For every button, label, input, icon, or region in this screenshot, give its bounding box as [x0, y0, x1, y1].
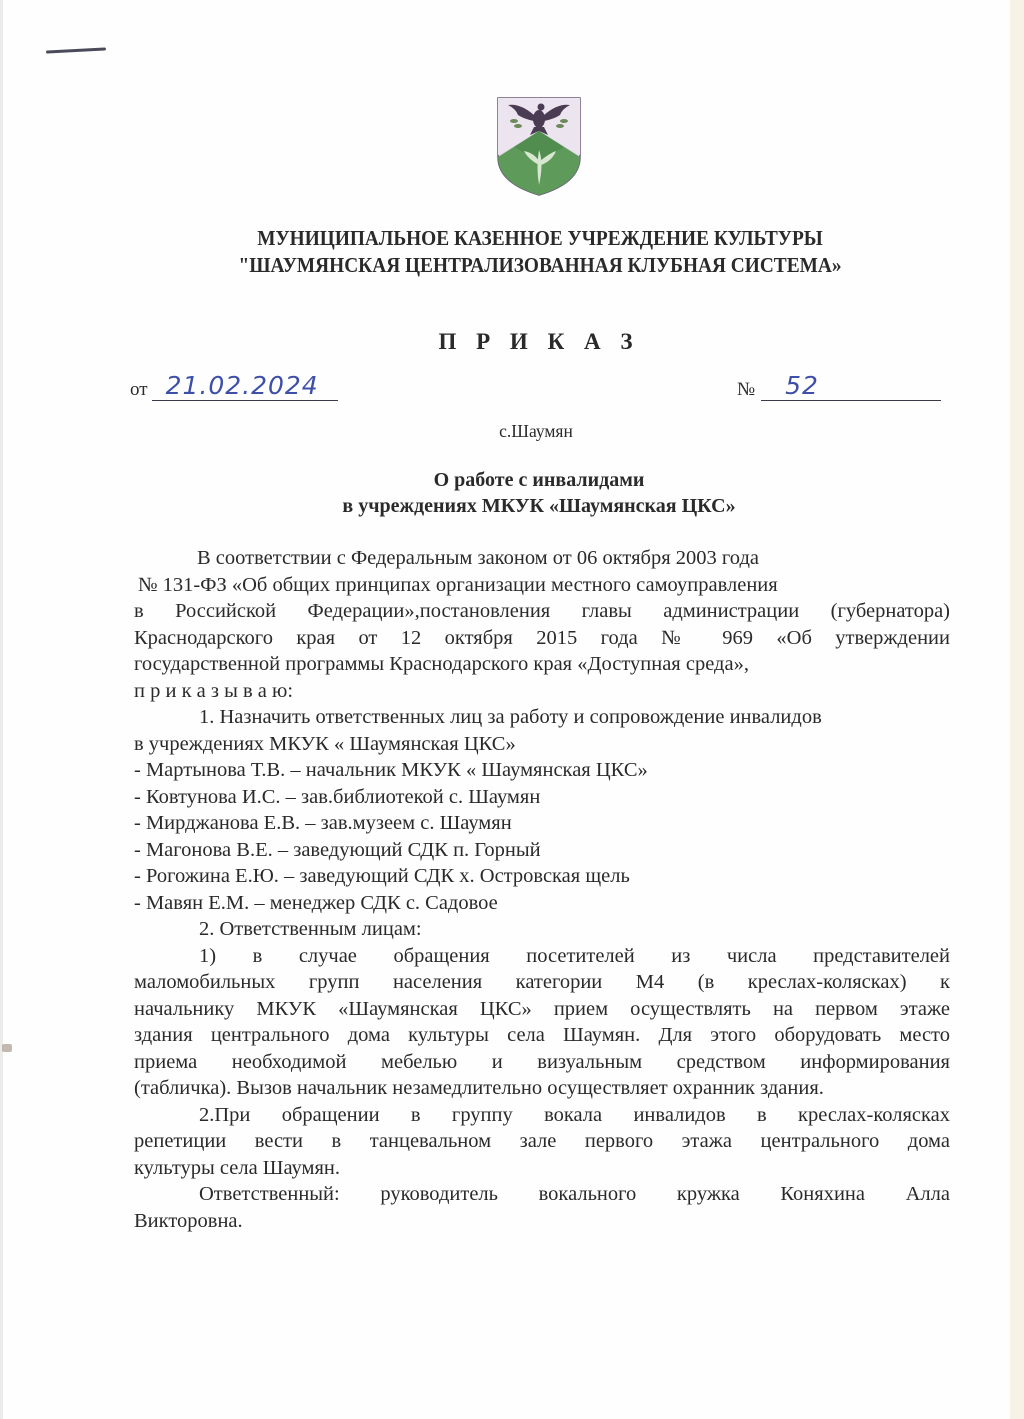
number-underline: 52	[761, 378, 941, 401]
order-number-field: № 52	[737, 378, 941, 401]
organization-name-line2: "ШАУМЯНСКАЯ ЦЕНТРАЛИЗОВАННАЯ КЛУБНАЯ СИС…	[79, 253, 1001, 278]
item1-subheading: в учреждениях МКУК « Шаумянская ЦКС»	[134, 731, 950, 758]
scan-left-edge	[0, 0, 3, 1419]
margin-smudge	[2, 1044, 12, 1052]
item2-2-line: репетиции вести в танцевальном зале перв…	[134, 1128, 950, 1155]
preamble-line: В соответствии с Федеральным законом от …	[134, 545, 950, 572]
document-body: В соответствии с Федеральным законом от …	[134, 545, 950, 1234]
responsible-person: - Рогожина Е.Ю. – заведующий СДК х. Остр…	[134, 863, 950, 890]
item2-2-line: культуры села Шаумян.	[134, 1155, 950, 1182]
place-of-issue: с.Шаумян	[0, 421, 1024, 442]
handwritten-date: 21.02.2024	[166, 371, 319, 400]
organization-name-line1: МУНИЦИПАЛЬНОЕ КАЗЕННОЕ УЧРЕЖДЕНИЕ КУЛЬТУ…	[79, 226, 1001, 251]
handwritten-number: 52	[785, 371, 819, 400]
responsible-person: - Ковтунова И.С. – зав.библиотекой с. Ша…	[134, 784, 950, 811]
subject-line1: О работе с инвалидами	[0, 469, 1024, 492]
item2-1-line: 1) в случае обращения посетителей из чис…	[134, 943, 950, 970]
preamble-line: государственной программы Краснодарского…	[134, 651, 950, 678]
date-prefix: от	[130, 379, 148, 401]
item2-2-line: 2.При обращении в группу вокала инвалидо…	[134, 1102, 950, 1129]
responsible-person: - Магонова В.Е. – заведующий СДК п. Горн…	[134, 837, 950, 864]
responsible-person: - Мирджанова Е.В. – зав.музеем с. Шаумян	[134, 810, 950, 837]
document-title: П Р И К А З	[0, 329, 1024, 355]
responsible-final-line: Викторовна.	[134, 1208, 950, 1235]
pen-mark	[46, 47, 106, 53]
order-word: п р и к а з ы в а ю:	[134, 678, 950, 705]
item2-1-line: маломобильных групп населения категории …	[134, 969, 950, 996]
date-underline: 21.02.2024	[152, 378, 338, 401]
item1-heading: 1. Назначить ответственных лиц за работу…	[134, 704, 950, 731]
coat-of-arms-icon	[494, 95, 584, 197]
preamble-line: в Российской Федерации»,постановления гл…	[134, 598, 950, 625]
order-date-field: от 21.02.2024	[130, 378, 338, 401]
responsible-final-line: Ответственный: руководитель вокального к…	[134, 1181, 950, 1208]
item2-heading: 2. Ответственным лицам:	[134, 916, 950, 943]
item2-1-line: здания центрального дома культуры села Ш…	[134, 1022, 950, 1049]
item2-1-line: (табличка). Вызов начальник незамедлител…	[134, 1075, 950, 1102]
item2-1-line: приема необходимой мебелью и визуальным …	[134, 1049, 950, 1076]
responsible-person: - Мартынова Т.В. – начальник МКУК « Шаум…	[134, 757, 950, 784]
subject-line2: в учреждениях МКУК «Шаумянская ЦКС»	[0, 495, 1024, 518]
responsible-person: - Мавян Е.М. – менеджер СДК с. Садовое	[134, 890, 950, 917]
scan-right-edge	[1010, 0, 1024, 1419]
item2-1-line: начальнику МКУК «Шаумянская ЦКС» прием о…	[134, 996, 950, 1023]
number-prefix: №	[737, 379, 755, 401]
preamble-line: № 131-ФЗ «Об общих принципах организации…	[134, 572, 950, 599]
preamble-line: Краснодарского края от 12 октября 2015 г…	[134, 625, 950, 652]
